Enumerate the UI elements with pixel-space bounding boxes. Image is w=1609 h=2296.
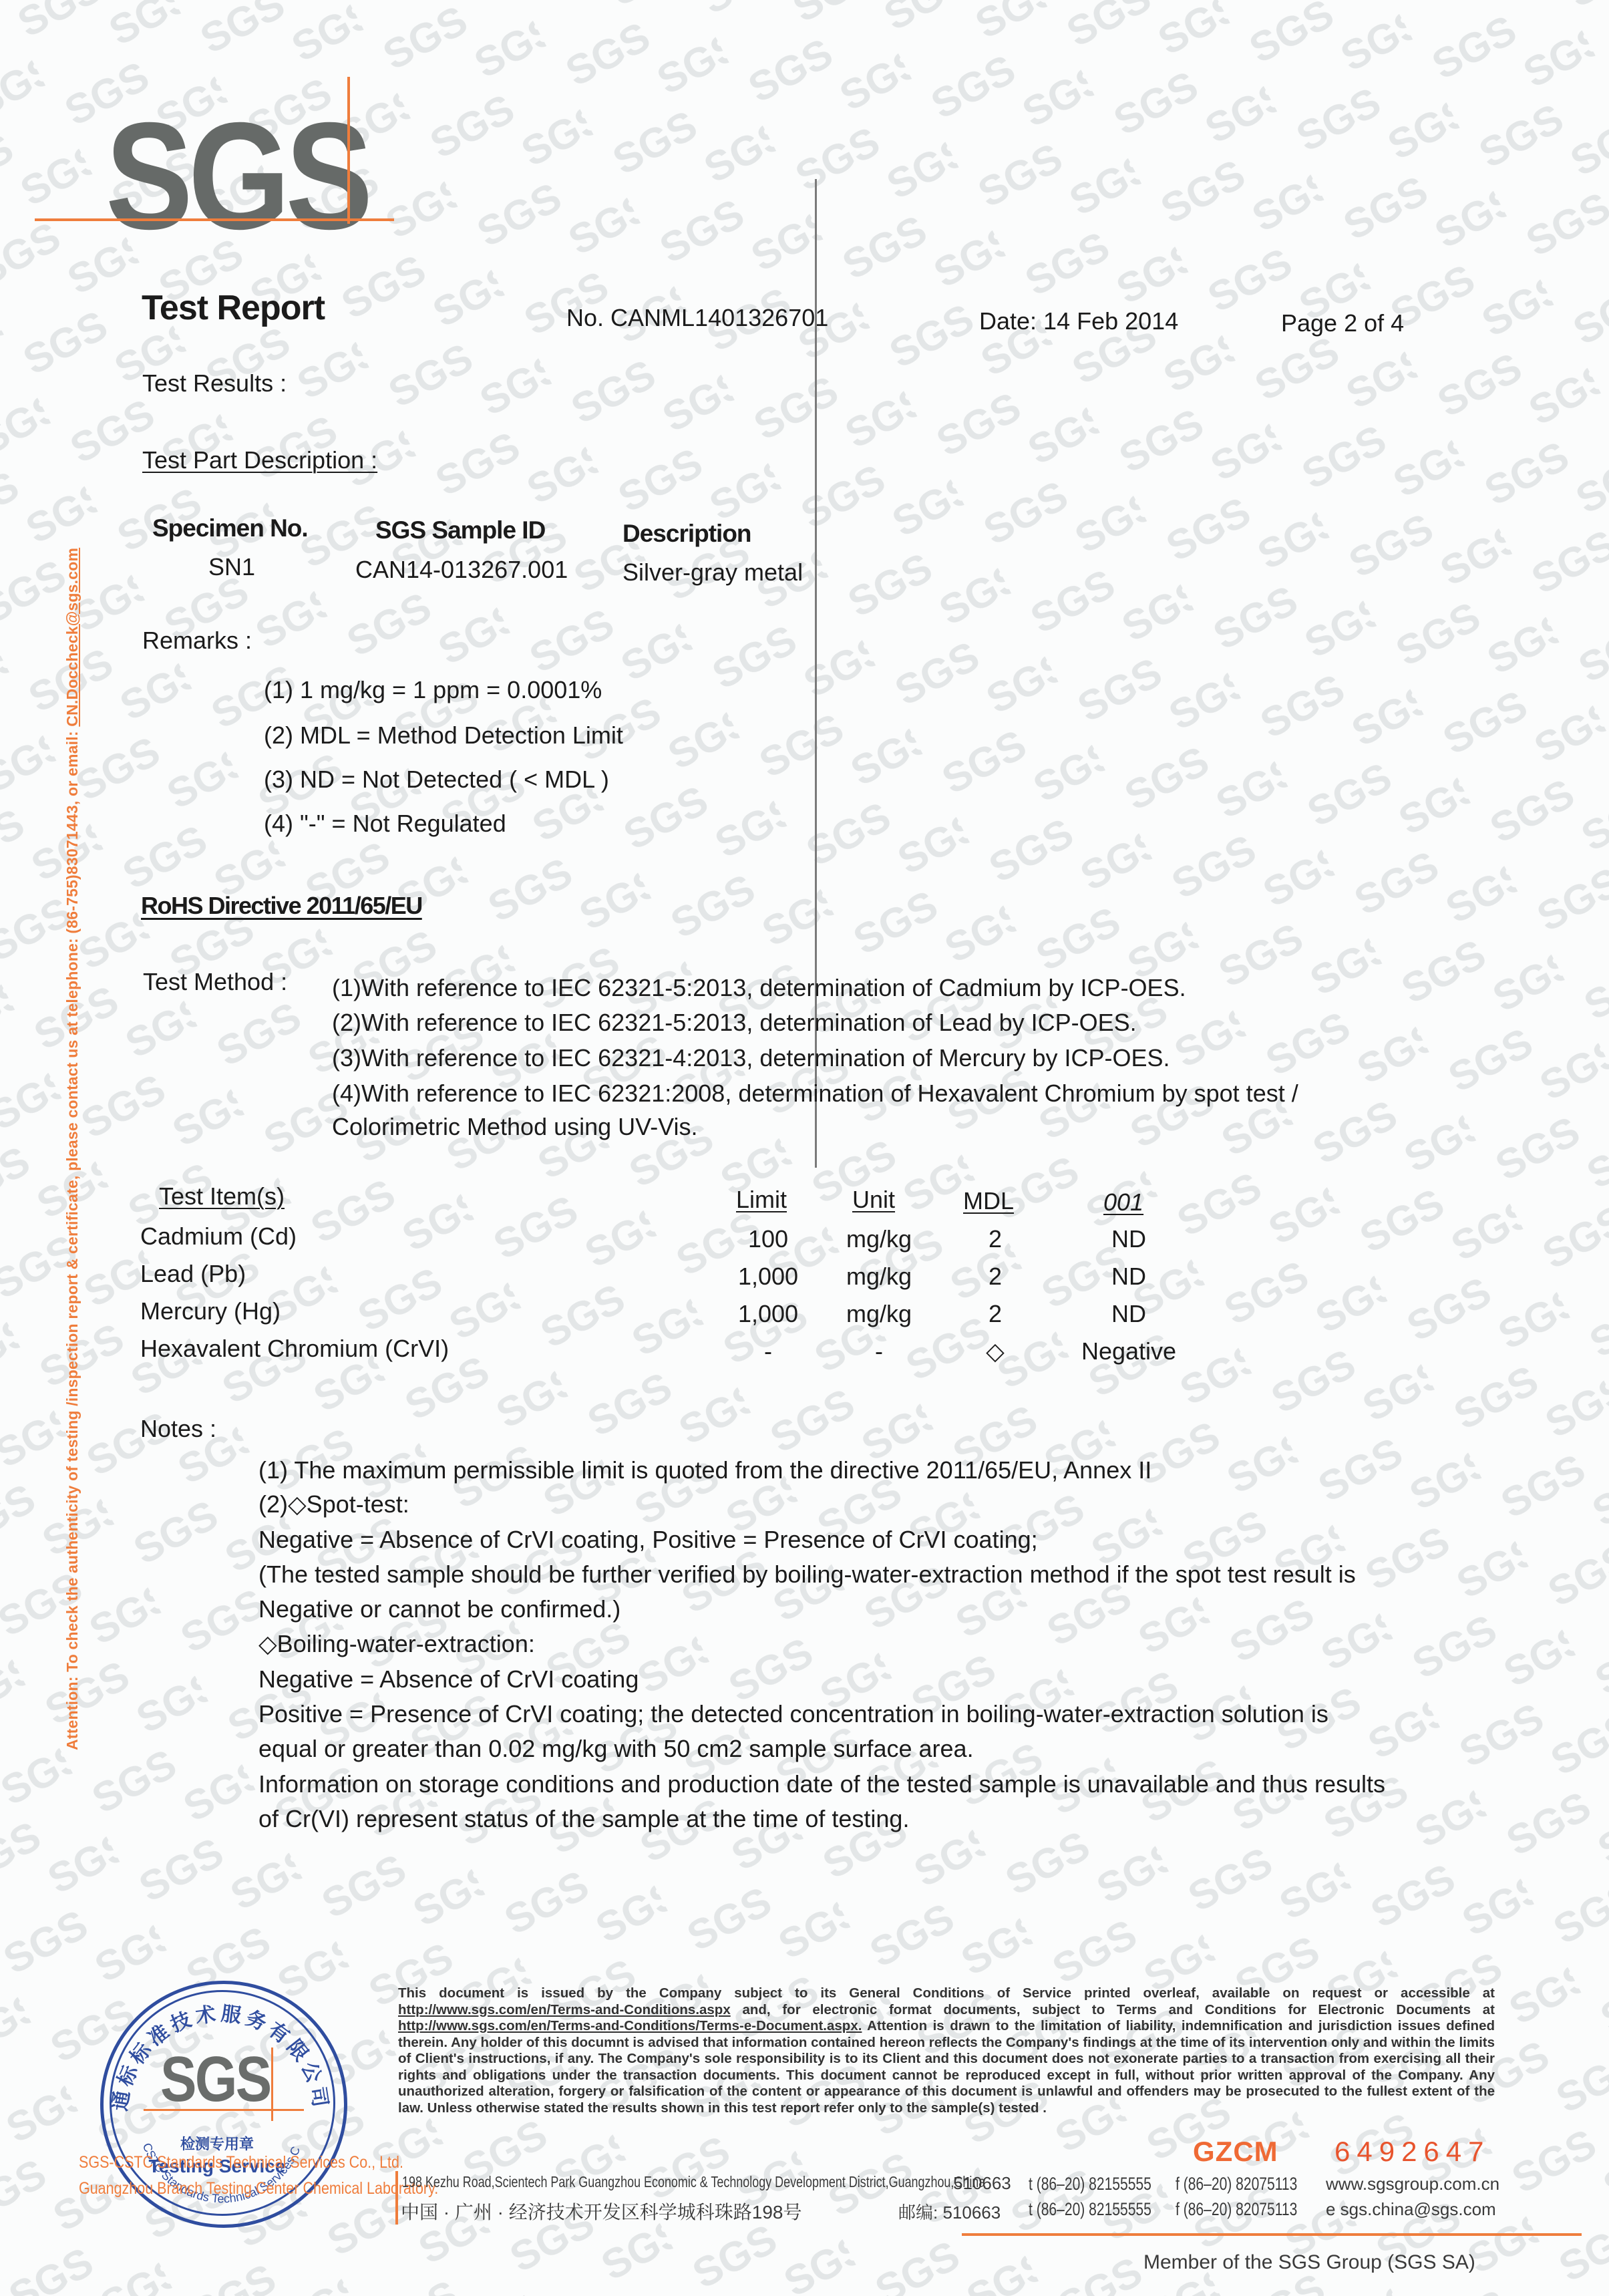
note-line: Negative = Absence of CrVI coating, Posi… (258, 1526, 1038, 1553)
sgs-logo-text: SGS (106, 100, 368, 253)
page-number: Page 2 of 4 (1281, 309, 1404, 337)
serial-number: 6492647 (1334, 2136, 1491, 2168)
e-document-terms-link[interactable]: http://www.sgs.com/en/Terms-and-Conditio… (398, 2018, 862, 2033)
specimen-no-value: SN1 (208, 553, 255, 581)
address-en: 198 Kezhu Road,Scientech Park Guangzhou … (402, 2173, 985, 2191)
unit-value: mg/kg (832, 1263, 926, 1290)
col-description: Description (622, 520, 751, 548)
note-line: Negative or cannot be confirmed.) (258, 1595, 620, 1623)
test-item-name: Mercury (Hg) (140, 1297, 281, 1325)
logo-orange-vertical-line (347, 77, 350, 224)
email[interactable]: e sgs.china@sgs.com (1326, 2199, 1496, 2220)
legal-disclaimer: This document is issued by the Company s… (398, 1985, 1495, 2116)
legal-text: and, for electronic format documents, su… (731, 2002, 1495, 2017)
col-test-items: Test Item(s) (159, 1182, 285, 1210)
remark-item: (1) 1 mg/kg = 1 ppm = 0.0001% (264, 676, 602, 703)
test-method-item: (1)With reference to IEC 62321-5:2013, d… (332, 974, 1186, 1001)
limit-value: 100 (721, 1225, 815, 1253)
company-line-1: SGS-CSTC Standards Technical Services Co… (79, 2150, 438, 2176)
stamp-arc-text: 通标标准技术服务有限公司 SGS-CSTC Standards Technica… (80, 1981, 354, 2255)
company-line-2: Guangzhou Branch Testing Center Chemical… (79, 2176, 438, 2202)
test-part-heading: Test Part Description : (142, 446, 377, 474)
remark-item: (2) MDL = Method Detection Limit (264, 721, 623, 749)
test-method-item: Colorimetric Method using UV-Vis. (332, 1113, 698, 1140)
address-orange-bar (395, 2171, 398, 2225)
note-line: Negative = Absence of CrVI coating (258, 1665, 639, 1693)
terms-link[interactable]: http://www.sgs.com/en/Terms-and-Conditio… (398, 2002, 731, 2017)
notes-label: Notes : (140, 1415, 216, 1442)
note-line: (The tested sample should be further ver… (258, 1561, 1356, 1588)
col-sample-001: 001 (1103, 1188, 1143, 1216)
note-line: Information on storage conditions and pr… (258, 1770, 1385, 1798)
test-method-item: (3)With reference to IEC 62321-4:2013, d… (332, 1044, 1170, 1072)
stamp-orange-line (144, 2109, 304, 2111)
mdl-value: 2 (948, 1225, 1042, 1253)
result-value: ND (1069, 1300, 1189, 1327)
unit-value: mg/kg (832, 1300, 926, 1327)
result-value: ND (1069, 1263, 1189, 1290)
address-en-postcode: 510663 (953, 2173, 1011, 2194)
col-specimen-no: Specimen No. (152, 514, 308, 543)
test-results-label: Test Results : (142, 369, 287, 397)
company-name: SGS-CSTC Standards Technical Services Co… (79, 2150, 438, 2202)
mdl-value: 2 (948, 1300, 1042, 1327)
legal-text: This document is issued by the Company s… (398, 1985, 1495, 2001)
fax-2: f (86–20) 82075113 (1176, 2199, 1297, 2220)
stamp-sgs-logo: SGS (160, 2047, 271, 2112)
test-item-name: Hexavalent Chromium (CrVI) (140, 1335, 449, 1362)
logo-orange-horizontal-line (35, 218, 394, 221)
page-title: Test Report (142, 289, 325, 329)
test-item-name: Lead (Pb) (140, 1260, 246, 1287)
limit-value: 1,000 (721, 1300, 815, 1327)
mdl-value: ◇ (948, 1337, 1042, 1365)
note-line: Positive = Presence of CrVI coating; the… (258, 1700, 1328, 1728)
authenticity-side-note: Attention: To check the authenticity of … (63, 548, 81, 1750)
remarks-label: Remarks : (142, 627, 252, 654)
col-sgs-sample-id: SGS Sample ID (375, 516, 545, 545)
serial-prefix: GZCM (1193, 2136, 1278, 2168)
footer-orange-rule (962, 2233, 1582, 2236)
note-line: equal or greater than 0.02 mg/kg with 50… (258, 1735, 974, 1762)
note-line: (1) The maximum permissible limit is quo… (258, 1456, 1151, 1484)
report-date: Date: 14 Feb 2014 (979, 307, 1178, 335)
remark-item: (4) "-" = Not Regulated (264, 810, 506, 837)
unit-value: - (832, 1337, 926, 1365)
remark-item: (3) ND = Not Detected ( < MDL ) (264, 766, 609, 793)
stamp-orange-vline (271, 2047, 273, 2121)
fax: f (86–20) 82075113 (1176, 2174, 1297, 2194)
col-unit: Unit (852, 1186, 895, 1213)
testing-service-stamp: 通标标准技术服务有限公司 SGS-CSTC Standards Technica… (80, 1981, 354, 2255)
address-cn-postcode: 邮编: 510663 (898, 2199, 1001, 2224)
website[interactable]: www.sgsgroup.com.cn (1326, 2174, 1499, 2194)
note-line: (2)◇Spot-test: (258, 1490, 409, 1518)
limit-value: - (721, 1337, 815, 1365)
result-value: ND (1069, 1225, 1189, 1253)
note-line: of Cr(VI) represent status of the sample… (258, 1805, 909, 1832)
result-value: Negative (1069, 1337, 1189, 1365)
telephone-2: t (86–20) 82155555 (1029, 2199, 1151, 2220)
limit-value: 1,000 (721, 1263, 815, 1290)
note-line: ◇Boiling-water-extraction: (258, 1630, 535, 1657)
test-item-name: Cadmium (Cd) (140, 1222, 297, 1250)
test-method-item: (4)With reference to IEC 62321:2008, det… (332, 1080, 1298, 1107)
mdl-value: 2 (948, 1263, 1042, 1290)
test-method-label: Test Method : (143, 968, 287, 995)
side-note-email-link[interactable]: CN.Doccheck@sgs.com (63, 548, 81, 727)
test-method-item: (2)With reference to IEC 62321-5:2013, d… (332, 1009, 1137, 1036)
telephone: t (86–20) 82155555 (1029, 2174, 1151, 2194)
col-mdl: MDL (963, 1187, 1014, 1214)
address-cn: 中国 · 广州 · 经济技术开发区科学城科珠路198号 (401, 2198, 802, 2225)
unit-value: mg/kg (832, 1225, 926, 1253)
report-number: No. CANML1401326701 (566, 304, 828, 331)
member-of-sgs-group: Member of the SGS Group (SGS SA) (1143, 2251, 1475, 2274)
side-note-text: Attention: To check the authenticity of … (63, 727, 81, 1750)
rohs-directive-heading: RoHS Directive 2011/65/EU (141, 892, 422, 919)
col-limit: Limit (736, 1186, 787, 1213)
description-value: Silver-gray metal (622, 558, 803, 586)
sample-id-value: CAN14-013267.001 (355, 556, 568, 583)
